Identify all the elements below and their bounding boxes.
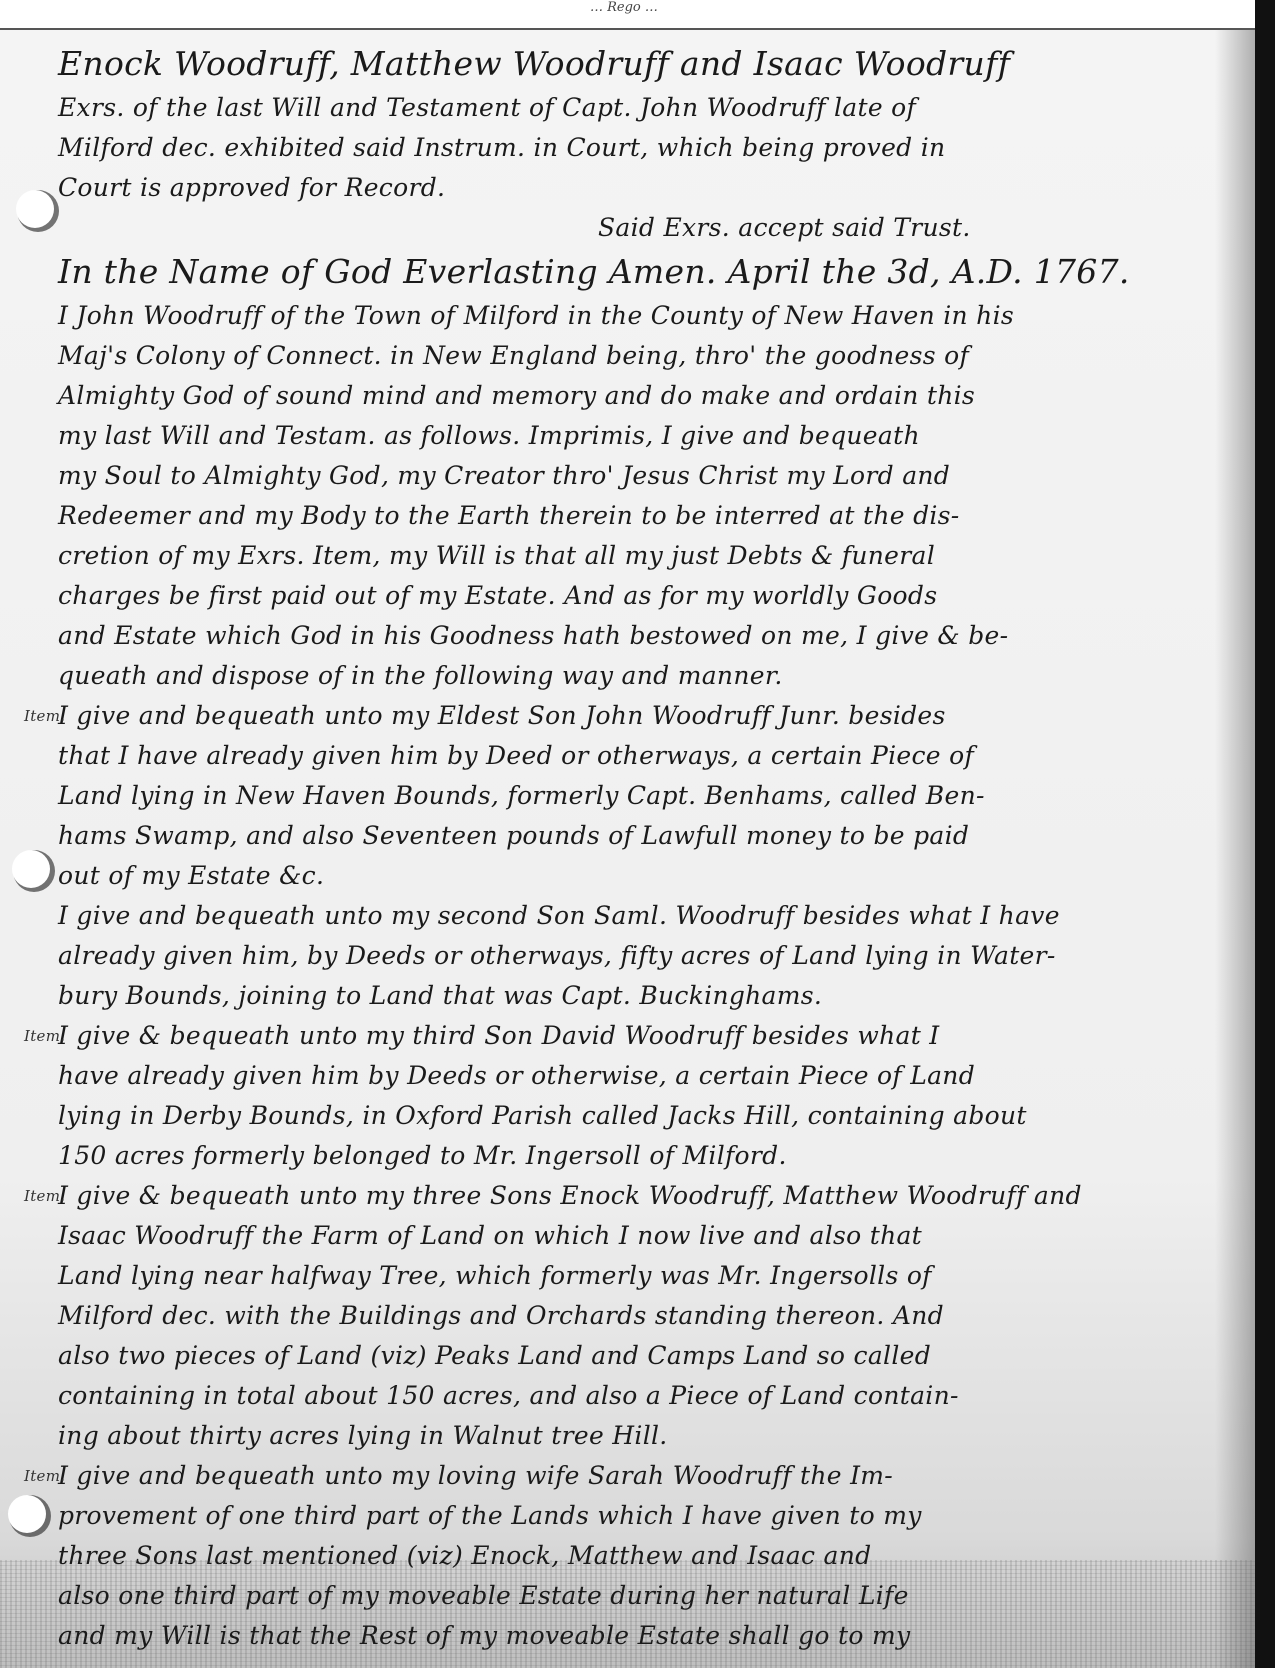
text-line: ing about thirty acres lying in Walnut t… — [58, 1416, 1223, 1456]
punch-hole-middle — [12, 850, 50, 888]
bequest-three-sons: Item.I give & bequeath unto my three Son… — [58, 1176, 1223, 1456]
text-line: provement of one third part of the Lands… — [58, 1496, 1223, 1536]
margin-item-note: Item. — [24, 696, 65, 736]
bequest-wife: Item.I give and bequeath unto my loving … — [58, 1456, 1223, 1656]
text-line: three Sons last mentioned (viz) Enock, M… — [58, 1536, 1223, 1576]
probate-line-1: Enock Woodruff, Matthew Woodruff and Isa… — [58, 40, 1223, 88]
margin-item-note: Item. — [24, 1176, 65, 1216]
text-line: also two pieces of Land (viz) Peaks Land… — [58, 1336, 1223, 1376]
text-line: cretion of my Exrs. Item, my Will is tha… — [58, 536, 1223, 576]
text-line: already given him, by Deeds or otherways… — [58, 936, 1223, 976]
bequest-second-son: I give and bequeath unto my second Son S… — [58, 896, 1223, 1016]
text-line: that I have already given him by Deed or… — [58, 736, 1223, 776]
text-line: Land lying near halfway Tree, which form… — [58, 1256, 1223, 1296]
probate-line-3: Milford dec. exhibited said Instrum. in … — [58, 128, 1223, 168]
executors-acceptance: Said Exrs. accept said Trust. — [58, 208, 1223, 248]
paragraph-preamble: I John Woodruff of the Town of Milford i… — [58, 296, 1223, 696]
text-line: I give and bequeath unto my Eldest Son J… — [58, 701, 946, 730]
text-line: Isaac Woodruff the Farm of Land on which… — [58, 1216, 1223, 1256]
punch-hole-bottom — [8, 1495, 46, 1533]
text-line: Milford dec. with the Buildings and Orch… — [58, 1296, 1223, 1336]
probate-line-2: Exrs. of the last Will and Testament of … — [58, 88, 1223, 128]
text-line: also one third part of my moveable Estat… — [58, 1576, 1223, 1616]
scanner-edge — [1255, 0, 1275, 1668]
margin-item-note: Item. — [24, 1016, 65, 1056]
text-line: I John Woodruff of the Town of Milford i… — [58, 296, 1223, 336]
text-line: and Estate which God in his Goodness hat… — [58, 616, 1223, 656]
text-line: and my Will is that the Rest of my movea… — [58, 1616, 1223, 1656]
bequest-eldest-son: Item.I give and bequeath unto my Eldest … — [58, 696, 1223, 896]
bequest-third-son: Item.I give & bequeath unto my third Son… — [58, 1016, 1223, 1176]
text-line: Maj's Colony of Connect. in New England … — [58, 336, 1223, 376]
text-line: I give and bequeath unto my loving wife … — [58, 1461, 893, 1490]
text-line: my last Will and Testam. as follows. Imp… — [58, 416, 1223, 456]
margin-item-note: Item. — [24, 1456, 65, 1496]
text-line: I give and bequeath unto my second Son S… — [58, 896, 1223, 936]
will-opening: In the Name of God Everlasting Amen. Apr… — [58, 248, 1223, 296]
text-line: I give & bequeath unto my three Sons Eno… — [58, 1181, 1082, 1210]
text-line: Redeemer and my Body to the Earth therei… — [58, 496, 1223, 536]
text-line: queath and dispose of in the following w… — [58, 656, 1223, 696]
probate-line-4: Court is approved for Record. — [58, 168, 1223, 208]
text-line: charges be first paid out of my Estate. … — [58, 576, 1223, 616]
will-text: Enock Woodruff, Matthew Woodruff and Isa… — [58, 40, 1223, 1656]
text-line: bury Bounds, joining to Land that was Ca… — [58, 976, 1223, 1016]
punch-hole-top — [16, 190, 54, 228]
text-line: I give & bequeath unto my third Son Davi… — [58, 1021, 939, 1050]
text-line: Almighty God of sound mind and memory an… — [58, 376, 1223, 416]
text-line: containing in total about 150 acres, and… — [58, 1376, 1223, 1416]
text-line: Land lying in New Haven Bounds, formerly… — [58, 776, 1223, 816]
text-line: hams Swamp, and also Seventeen pounds of… — [58, 816, 1223, 856]
text-line: out of my Estate &c. — [58, 856, 1223, 896]
text-line: my Soul to Almighty God, my Creator thro… — [58, 456, 1223, 496]
text-line: lying in Derby Bounds, in Oxford Parish … — [58, 1096, 1223, 1136]
text-line: have already given him by Deeds or other… — [58, 1056, 1223, 1096]
top-cutoff-text: … Rego … — [30, 0, 1235, 28]
text-line: 150 acres formerly belonged to Mr. Inger… — [58, 1136, 1223, 1176]
